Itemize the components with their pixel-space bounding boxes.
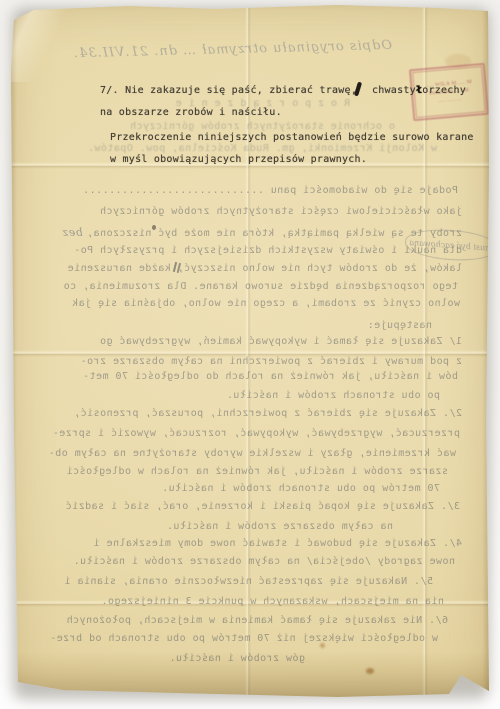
bleed-line: 6/. Nie zakazuje się łamać kamienia w mi… xyxy=(66,615,448,626)
fold-crease-top-left xyxy=(8,2,128,82)
bleed-line: z pod murawy i zbierać z powierzchni na … xyxy=(80,356,462,367)
bleed-line: gów zrobów i naściłu. xyxy=(169,653,305,664)
bleed-heading-line: o ochronie starożytnych zrobów górniczyc… xyxy=(130,121,395,132)
bleed-line: bów i naściłu, jak również na rolach do … xyxy=(83,371,458,382)
typed-line-3: Przekroczenie niniejszych postanowień bę… xyxy=(110,132,474,143)
bleed-line: Podaje się do wiadomości panu ..........… xyxy=(83,185,458,196)
typed-line-2: na obszarze zrobów i naściłu. xyxy=(100,107,282,118)
bleed-line: na całym obszarze zrobów i naściłu. xyxy=(167,521,393,532)
bleed-line: laków, że do zrobów tych nie wolno niszc… xyxy=(67,263,462,274)
bleed-line: 1/ Zakazuje się łamać i wykopywać kamień… xyxy=(100,336,462,347)
handwritten-note-top-mirrored: Odpis oryginału otrzymał … dn. 21.VII.34… xyxy=(86,38,392,61)
bleed-line: 5/. Nakazuje się zaprzestać niezwłocznie… xyxy=(64,576,433,587)
bleed-line: dla nauki i oświaty wszystkich dzisiejsz… xyxy=(74,245,462,256)
bleed-line: 4/. Zakazuje się budować i stawiać nowe … xyxy=(93,538,462,549)
document-paper: Odpis oryginału otrzymał … dn. 21.VII.34… xyxy=(8,2,492,700)
fold-crease-horizontal-3 xyxy=(8,600,492,607)
word-orzechy: orzechy xyxy=(422,85,466,96)
word-chwasty: chwasty xyxy=(372,85,416,96)
bleed-line: tego rozporządzenia będzie surowo karane… xyxy=(63,281,458,292)
bleed-line: zroby te są wielką pamiątką, która nie m… xyxy=(62,226,462,239)
pen-insert-mark xyxy=(173,262,177,272)
bleed-line: wolno czynić ze zrobami, a czego nie wol… xyxy=(72,298,460,309)
handwritten-addition: bez xyxy=(62,226,87,239)
ink-fleck xyxy=(152,225,156,230)
typed-line-item7-continuation: chwastyłorzechy xyxy=(372,85,466,96)
margin-annotation-oval: musi być zachowana xyxy=(404,227,498,263)
pen-stroke-mark xyxy=(354,82,362,97)
bleed-line: nowe zagrody /obejścia/ na całym obszarz… xyxy=(73,556,455,567)
photographed-document-scene: Odpis oryginału otrzymał … dn. 21.VII.34… xyxy=(0,0,500,709)
bleed-line: 3/. Zakazuje się kopać piaski i korzenie… xyxy=(65,501,460,512)
bleed-heading-line: w Kolonji Krzemionki, gm. Ruda Kościelna… xyxy=(88,143,437,154)
bleed-line: jako właścicielowi części starożytnych z… xyxy=(100,206,462,217)
bleed-line: w odległości większej niż 70 metrów po o… xyxy=(50,633,438,644)
bleed-line: po obu stronach zrobów i naściłu. xyxy=(226,390,440,401)
stain xyxy=(320,643,325,648)
fold-crease-horizontal-2 xyxy=(8,350,492,357)
bleed-line: szarze zrobów i naściłu, jak również na … xyxy=(66,466,448,477)
bleed-line: wać krzemienie, głazy i wszelkie wyroby … xyxy=(48,448,456,459)
stain xyxy=(366,668,374,674)
bleed-line: nia na miejscach, wskazanych w punkcie 3… xyxy=(101,596,444,607)
typed-line-4: w myśl obowiązujących przepisów prawnych… xyxy=(110,154,367,165)
bleed-line: przerzucać, wygrzebywać, wykopywać, rozr… xyxy=(52,428,460,439)
bleed-line: następuje: xyxy=(367,320,432,331)
bleed-line: 70 metrów po obu stronach zrobów i naści… xyxy=(162,483,440,494)
typed-line-item7: 7/. Nie zakazuje się paść, zbierać trawę… xyxy=(100,85,357,96)
bleed-line: 2/. Zakazuje się zbierać z powierzchni, … xyxy=(74,408,462,419)
